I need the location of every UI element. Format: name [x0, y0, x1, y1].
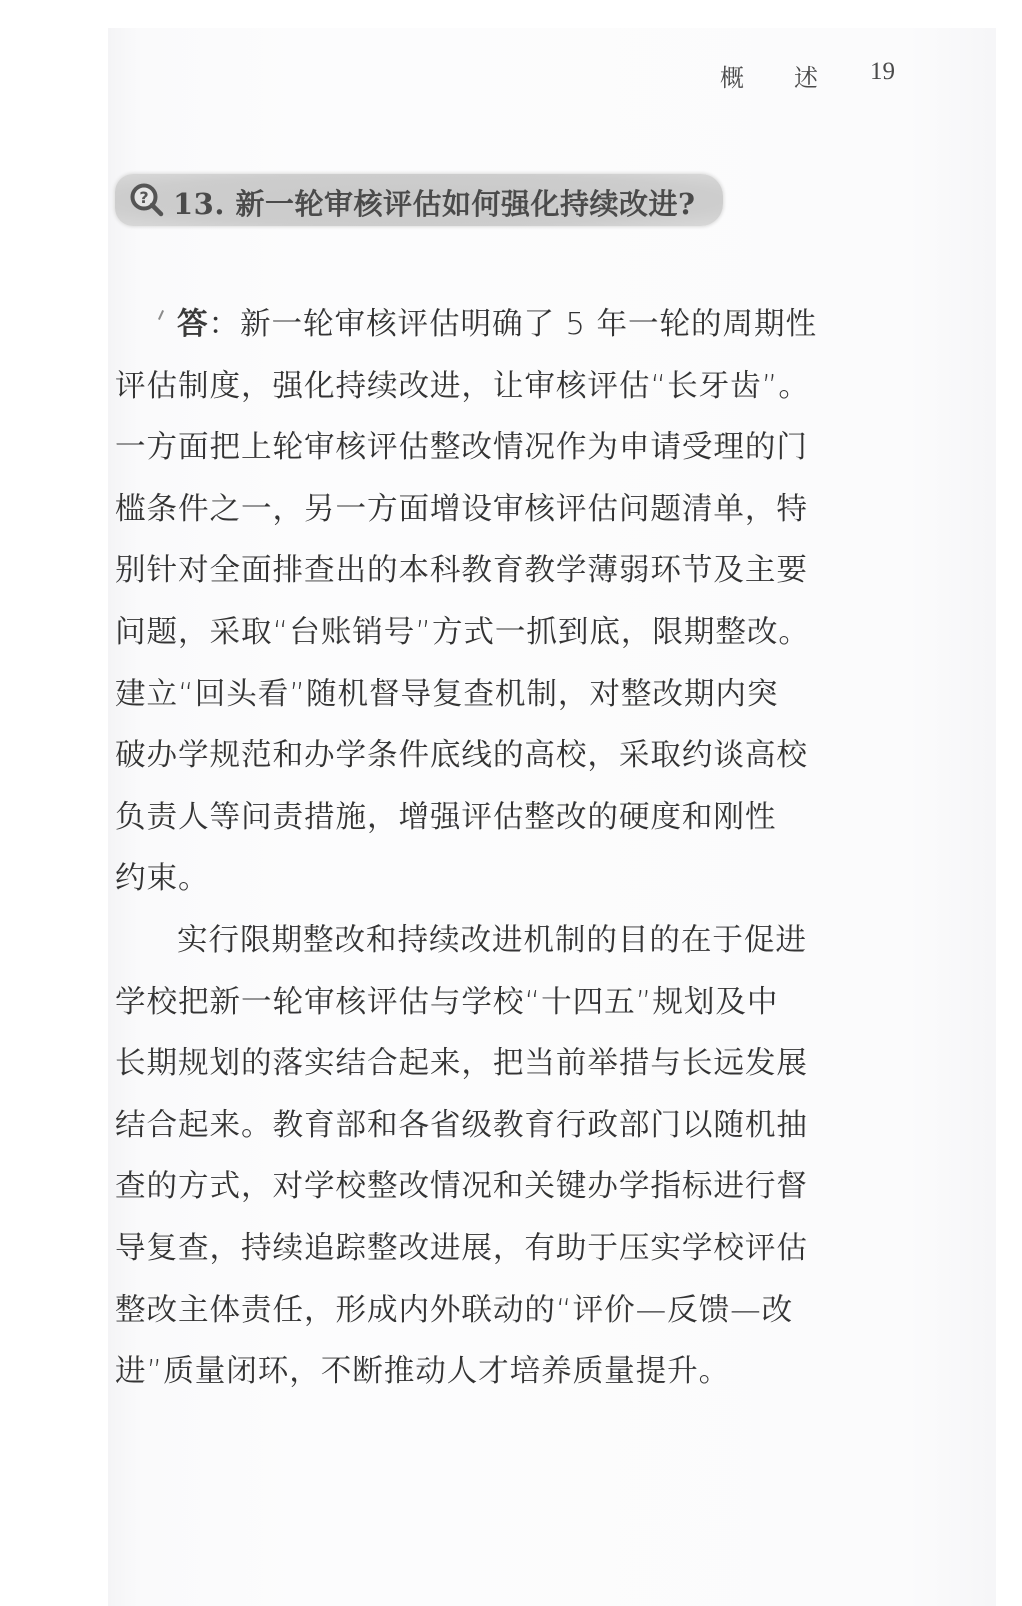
paragraph-line: 结合起来。教育部和各省级教育行政部门以随机抽: [115, 1095, 827, 1157]
answer-line: 负责人等问责措施，增强评估整改的硬度和刚性: [115, 787, 827, 849]
book-page: 概 述 19 ? 13. 新一轮审核评估如何强化持续改进? 答：新一轮审核评估明…: [108, 28, 996, 1606]
answer-line: 答：新一轮审核评估明确了 5 年一轮的周期性: [115, 294, 827, 356]
answer-line: 破办学规范和办学条件底线的高校，采取约谈高校: [115, 725, 827, 787]
paragraph-line: 导复查，持续追踪整改进展，有助于压实学校评估: [115, 1218, 827, 1280]
answer-line: 别针对全面排查出的本科教育教学薄弱环节及主要: [115, 540, 827, 602]
paragraph-line: 查的方式，对学校整改情况和关键办学指标进行督: [115, 1156, 827, 1218]
answer-label-separator: ：: [209, 307, 241, 342]
answer-line: 评估制度，强化持续改进，让审核评估“长牙齿”。: [115, 356, 827, 418]
question-search-icon: ?: [129, 182, 165, 218]
answer-text: 新一轮审核评估明确了 5 年一轮的周期性: [240, 307, 817, 342]
answer-line: 一方面把上轮审核评估整改情况作为申请受理的门: [115, 417, 827, 479]
section-title-char-1: 概: [720, 58, 744, 93]
question-heading: ? 13. 新一轮审核评估如何强化持续改进?: [115, 174, 723, 226]
question-title: 13. 新一轮审核评估如何强化持续改进?: [173, 182, 696, 223]
svg-text:?: ?: [139, 188, 148, 207]
paragraph-line: 进”质量闭环，不断推动人才培养质量提升。: [115, 1341, 827, 1403]
answer-line: 约束。: [115, 848, 827, 910]
answer-body: 答：新一轮审核评估明确了 5 年一轮的周期性 评估制度，强化持续改进，让审核评估…: [115, 294, 827, 1403]
answer-line: 槛条件之一，另一方面增设审核评估问题清单，特: [115, 479, 827, 541]
page-number: 19: [870, 58, 895, 86]
answer-line: 建立“回头看”随机督导复查机制，对整改期内突: [115, 664, 827, 726]
answer-line: 问题，采取“台账销号”方式一抓到底，限期整改。: [115, 602, 827, 664]
section-title-char-2: 述: [794, 58, 818, 93]
paragraph-line: 长期规划的落实结合起来，把当前举措与长远发展: [115, 1033, 827, 1095]
paragraph-line: 整改主体责任，形成内外联动的“评价—反馈—改: [115, 1280, 827, 1342]
answer-label: 答: [177, 307, 209, 342]
paragraph-line: 学校把新一轮审核评估与学校“十四五”规划及中: [115, 972, 827, 1034]
paragraph-line: 实行限期整改和持续改进机制的目的在于促进: [115, 910, 827, 972]
